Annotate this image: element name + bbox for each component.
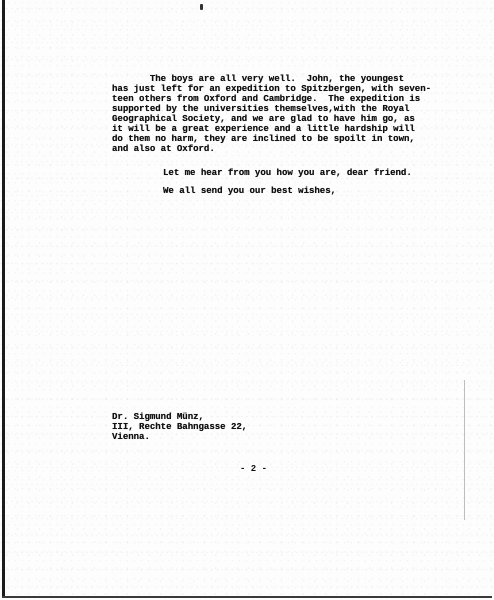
page-left-edge [2,0,5,598]
closing-line-wishes: We all send you our best wishes, [163,186,336,196]
page-number: - 2 - [240,464,267,474]
page-bottom-edge [2,596,492,598]
document-page: The boys are all very well. John, the yo… [0,0,494,600]
address-city: Vienna. [112,432,150,442]
closing-line-request: Let me hear from you how you are, dear f… [163,168,412,178]
body-line: and also at Oxford. [112,144,215,154]
page-fold-mark [464,380,465,520]
punch-mark [200,4,203,10]
